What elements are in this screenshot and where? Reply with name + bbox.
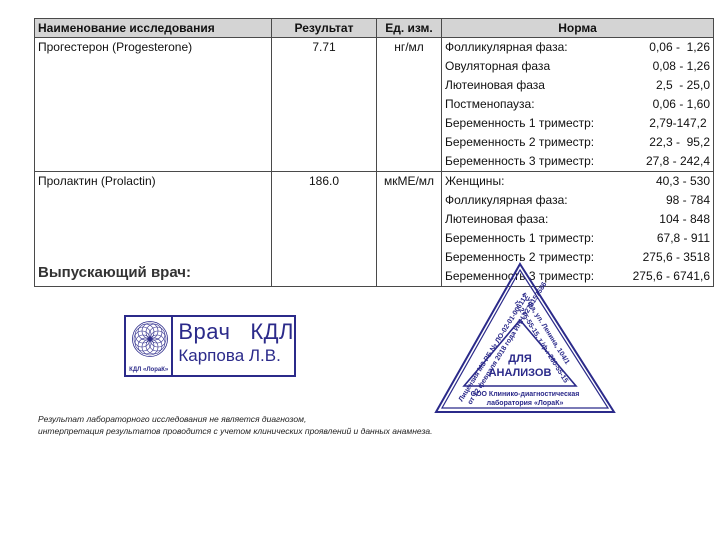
reference-range-line: Овуляторная фаза0,08 - 1,26: [445, 57, 710, 76]
reference-range-line: Лютеиновая фаза2,5 - 25,0: [445, 76, 710, 95]
header-test-name: Наименование исследования: [35, 19, 272, 38]
lab-seal: Лицензия МЗ РБ № ЛО-02-01-006112 от 12 ф…: [434, 262, 616, 414]
reference-range-line: Лютеиновая фаза:104 - 848: [445, 210, 710, 229]
table-row: Прогестерон (Progesterone)7.71нг/млФолли…: [35, 38, 714, 172]
reference-range-line: Беременность 2 триместр:22,3 - 95,2: [445, 133, 710, 152]
doctor-stamp: КДЛ «ЛораК» Врач КДЛ Карпова Л.В.: [124, 315, 296, 377]
reference-range-line: Беременность 1 триместр:2,79-147,2: [445, 114, 710, 133]
range-label: Овуляторная фаза: [445, 57, 550, 76]
reference-range-line: Беременность 3 триместр:27,8 - 242,4: [445, 152, 710, 171]
range-value: 275,6 - 3518: [643, 248, 710, 267]
range-label: Беременность 2 триместр:: [445, 133, 594, 152]
range-label: Беременность 1 триместр:: [445, 229, 594, 248]
reference-range-line: Женщины:40,3 - 530: [445, 172, 710, 191]
header-norm: Норма: [442, 19, 714, 38]
range-value: 275,6 - 6741,6: [633, 267, 710, 286]
range-value: 98 - 784: [666, 191, 710, 210]
range-value: 2,5 - 25,0: [656, 76, 710, 95]
results-table: Наименование исследования Результат Ед. …: [34, 18, 714, 287]
range-value: 67,8 - 911: [657, 229, 710, 248]
range-label: Женщины:: [445, 172, 504, 191]
lab-logo: КДЛ «ЛораК»: [126, 317, 173, 375]
doctor-title: Врач КДЛ: [178, 319, 294, 345]
range-value: 2,79-147,2: [649, 114, 710, 133]
range-value: 40,3 - 530: [656, 172, 710, 191]
test-result: 186.0: [272, 172, 377, 287]
reference-range-line: Фолликулярная фаза:0,06 - 1,26: [445, 38, 710, 57]
range-value: 22,3 - 95,2: [649, 133, 710, 152]
doctor-name: Карпова Л.В.: [178, 345, 294, 367]
svg-text:АНАЛИЗОВ: АНАЛИЗОВ: [489, 367, 552, 379]
logo-caption: КДЛ «ЛораК»: [126, 367, 171, 373]
range-value: 0,06 - 1,60: [653, 95, 710, 114]
disclaimer-line-1: Результат лабораторного исследования не …: [38, 413, 433, 425]
test-unit: мкМЕ/мл: [377, 172, 442, 287]
range-value: 0,06 - 1,26: [649, 38, 710, 57]
test-result: 7.71: [272, 38, 377, 172]
svg-text:ДЛЯ: ДЛЯ: [508, 353, 532, 365]
header-result: Результат: [272, 19, 377, 38]
disclaimer: Результат лабораторного исследования не …: [38, 413, 433, 437]
range-value: 104 - 848: [659, 210, 710, 229]
test-name: Прогестерон (Progesterone): [35, 38, 272, 172]
range-label: Лютеиновая фаза: [445, 76, 545, 95]
header-unit: Ед. изм.: [377, 19, 442, 38]
test-unit: нг/мл: [377, 38, 442, 172]
svg-text:ООО Клинико-диагностическая: ООО Клинико-диагностическая: [471, 391, 580, 398]
table-header-row: Наименование исследования Результат Ед. …: [35, 19, 714, 38]
range-label: Беременность 3 триместр:: [445, 152, 594, 171]
reference-range: Фолликулярная фаза:0,06 - 1,26Овуляторна…: [442, 38, 714, 172]
triangle-seal-icon: Лицензия МЗ РБ № ЛО-02-01-006112 от 12 ф…: [434, 262, 616, 414]
reference-range-line: Беременность 1 триместр:67,8 - 911: [445, 229, 710, 248]
reference-range-line: Постменопауза:0,06 - 1,60: [445, 95, 710, 114]
svg-text:лаборатория «ЛораК»: лаборатория «ЛораК»: [487, 399, 564, 407]
range-value: 27,8 - 242,4: [646, 152, 710, 171]
disclaimer-line-2: интерпретация результатов проводится с у…: [38, 425, 433, 437]
range-label: Беременность 1 триместр:: [445, 114, 594, 133]
reference-range-line: Фолликулярная фаза:98 - 784: [445, 191, 710, 210]
rosette-logo-icon: [131, 320, 169, 358]
issuing-doctor-label: Выпускающий врач:: [38, 264, 191, 281]
range-value: 0,08 - 1,26: [653, 57, 710, 76]
range-label: Фолликулярная фаза:: [445, 38, 568, 57]
range-label: Постменопауза:: [445, 95, 535, 114]
range-label: Лютеиновая фаза:: [445, 210, 548, 229]
range-label: Фолликулярная фаза:: [445, 191, 568, 210]
